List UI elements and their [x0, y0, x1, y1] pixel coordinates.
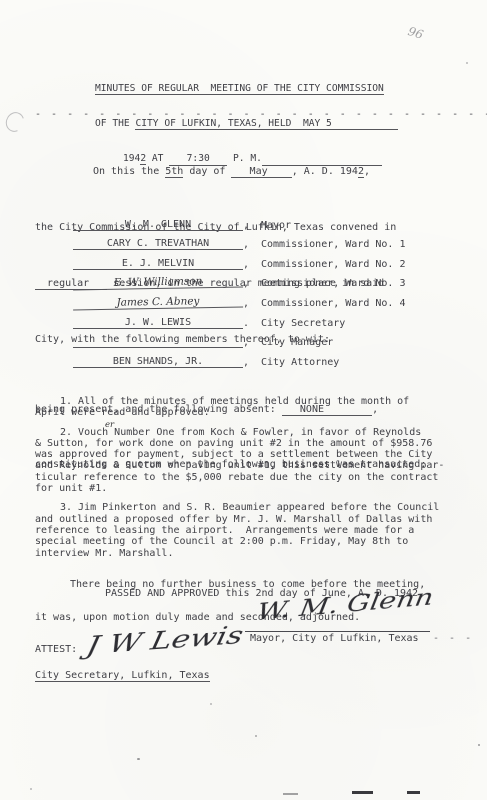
scan-dashes: - - - [433, 633, 473, 644]
business-items: 1. All of the minutes of meetings held d… [35, 396, 460, 566]
scanned-minutes-page: MINUTES OF REGULAR MEETING OF THE CITY C… [0, 0, 487, 800]
fill-day: 5th [165, 166, 183, 178]
header-line-1: MINUTES OF REGULAR MEETING OF THE CITY C… [95, 83, 398, 95]
attest-label: ATTEST: [35, 644, 77, 655]
member-title: Commissioner, Ward No. 4 [257, 298, 406, 309]
scan-speck [137, 758, 140, 760]
opening-line-1: On this the 5th day of May , A. D. 1942, [35, 163, 396, 182]
scan-artifact-bar [352, 791, 373, 794]
scan-speck [478, 744, 480, 746]
member-name-blank [73, 347, 243, 348]
item-3: 3. Jim Pinkerton and S. R. Beaumier appe… [35, 502, 460, 558]
fill-month: May [231, 166, 291, 178]
members-roster: W. M. GLENN,Mayor CARY C. TREVATHAN,Comm… [73, 211, 406, 368]
scan-artifact-bar [407, 791, 420, 794]
page-ink-layer: MINUTES OF REGULAR MEETING OF THE CITY C… [0, 0, 487, 800]
scan-speck [210, 703, 212, 705]
scan-artifact-bar [283, 793, 298, 795]
member-row-secretary: J. W. LEWIS.City Secretary [73, 309, 406, 329]
scan-speck [466, 62, 468, 64]
header-title-text: MINUTES OF REGULAR MEETING OF THE CITY C… [95, 83, 384, 95]
item-1: 1. All of the minutes of meetings held d… [35, 396, 460, 419]
member-title: Commissioner, Ward No. 2 [257, 259, 406, 270]
member-row-ward1: CARY C. TREVATHAN,Commissioner, Ward No.… [73, 231, 406, 251]
item-2: er 2. Vouch Number One from Koch & Fowle… [35, 427, 460, 495]
member-name: W. M. GLENN [73, 219, 243, 231]
mayor-signature-line [245, 631, 430, 632]
member-title: Commissioner, Ward No. 3 [257, 278, 406, 289]
scan-speck [30, 788, 32, 790]
mayor-title-line: Mayor, City of Lufkin, Texas [250, 633, 419, 644]
member-name: CARY C. TREVATHAN [73, 238, 243, 250]
member-row-mayor: W. M. GLENN,Mayor [73, 211, 406, 231]
dashed-separator: - - - - - - - - - - - - - - - - - - - - … [35, 109, 487, 120]
member-title: City Secretary [257, 318, 345, 329]
scan-speck [255, 735, 257, 737]
member-title: Commissioner, Ward No. 1 [257, 239, 406, 250]
member-row-ward3: E. W. Williamson,Commissioner, Ward No. … [73, 270, 406, 290]
member-row-ward4: James C. Abney,Commissioner, Ward No. 4 [73, 289, 406, 309]
secretary-title-line: City Secretary, Lufkin, Texas [35, 670, 210, 682]
member-row-manager: ,City Manager [73, 329, 406, 349]
handwritten-corner-mark: 96 [406, 24, 425, 42]
member-title: City Manager [257, 337, 333, 348]
member-row-ward2: E. J. MELVIN,Commissioner, Ward No. 2 [73, 250, 406, 270]
member-title: Mayor [257, 220, 291, 231]
member-name: E. J. MELVIN [73, 258, 243, 270]
handwritten-insertion: er [105, 420, 114, 430]
margin-stamp-arc [3, 109, 28, 135]
member-name: J. W. LEWIS [73, 317, 243, 329]
